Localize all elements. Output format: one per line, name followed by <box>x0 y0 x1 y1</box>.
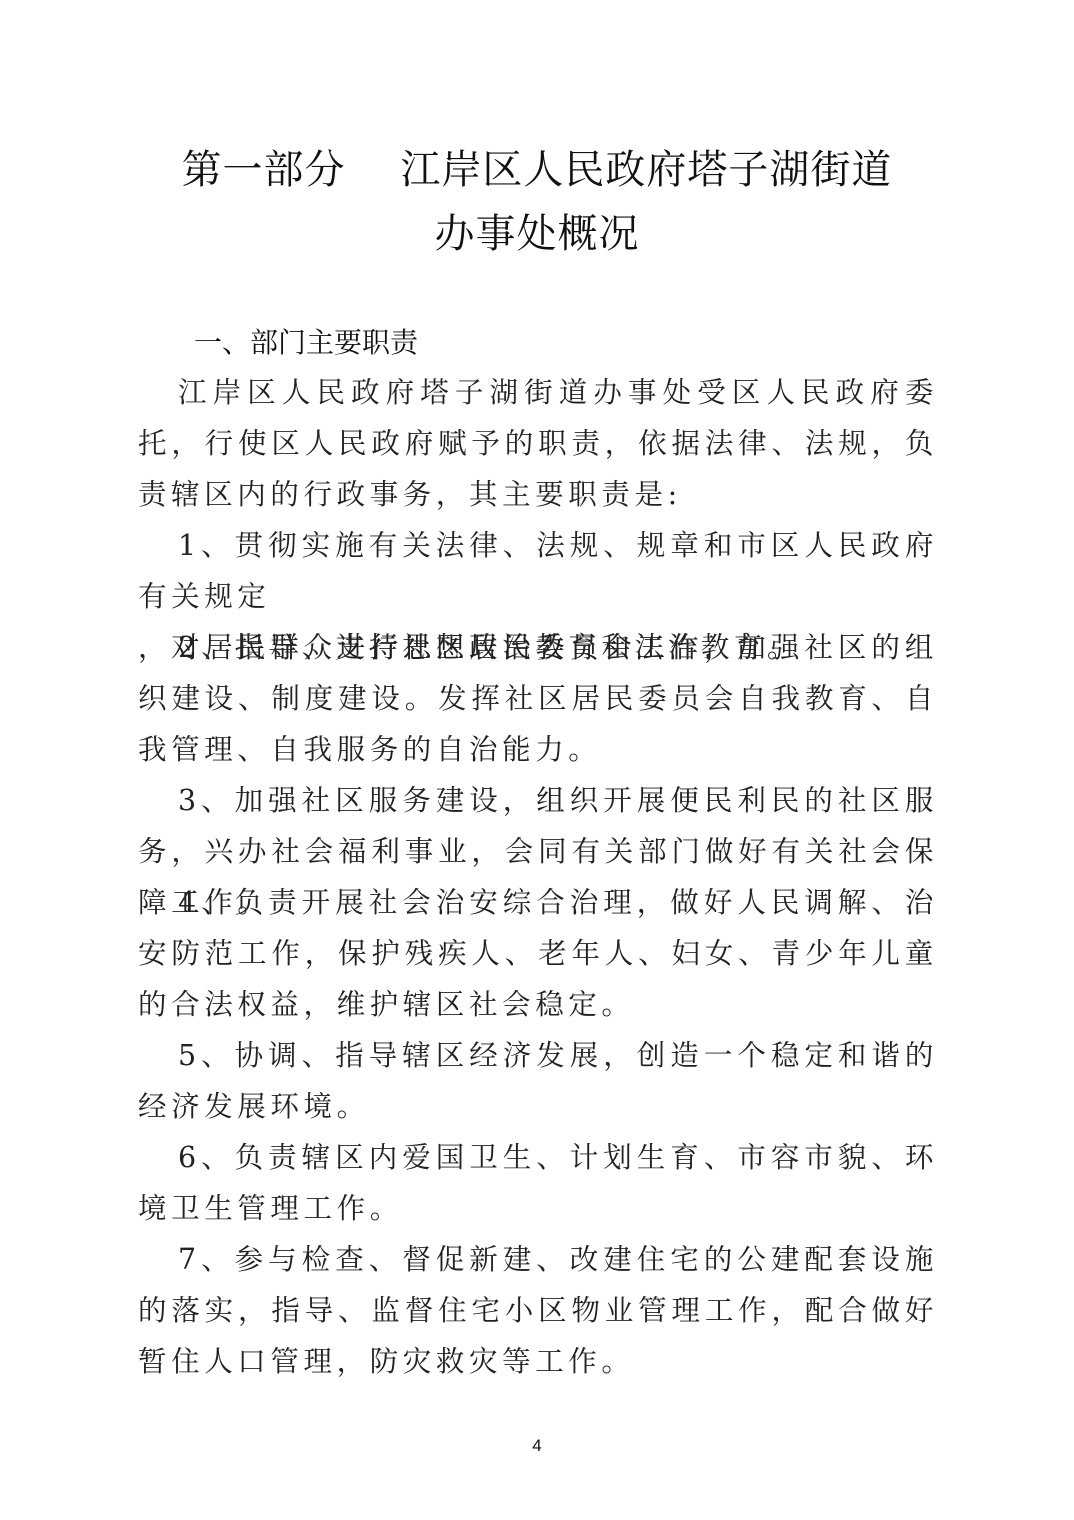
duty-4-paragraph: 4、负责开展社会治安综合治理，做好人民调解、治安防范工作，保护残疾人、老年人、妇… <box>138 877 938 1030</box>
document-title-line-1: 第一部分 江岸区人民政府塔子湖街道 <box>0 146 1074 194</box>
duty-1-line-a: 1、贯彻实施有关法律、法规、规章和市区人民政府有关规定 <box>138 520 938 622</box>
document-title-line-2: 办事处概况 <box>0 210 1074 258</box>
duty-7-block: 7、参与检查、督促新建、改建住宅的公建配套设施的落实，指导、监督住宅小区物业管理… <box>138 1234 938 1387</box>
intro-paragraph-block: 江岸区人民政府塔子湖街道办事处受区人民政府委托，行使区人民政府赋予的职责，依据法… <box>138 367 938 520</box>
intro-paragraph: 江岸区人民政府塔子湖街道办事处受区人民政府委托，行使区人民政府赋予的职责，依据法… <box>138 367 938 520</box>
duty-6-paragraph: 6、负责辖区内爱国卫生、计划生育、市容市貌、环境卫生管理工作。 <box>138 1132 938 1234</box>
duty-6-block: 6、负责辖区内爱国卫生、计划生育、市容市貌、环境卫生管理工作。 <box>138 1132 938 1234</box>
section-heading: 一、部门主要职责 <box>194 323 418 363</box>
duty-2-paragraph: 2、指导、支持社区居民委员会工作，加强社区的组织建设、制度建设。发挥社区居民委员… <box>138 622 938 775</box>
page-number: 4 <box>0 1436 1074 1456</box>
duty-5-paragraph: 5、协调、指导辖区经济发展，创造一个稳定和谐的经济发展环境。 <box>138 1030 938 1132</box>
duty-5-block: 5、协调、指导辖区经济发展，创造一个稳定和谐的经济发展环境。 <box>138 1030 938 1132</box>
duty-2-block: 2、指导、支持社区居民委员会工作，加强社区的组织建设、制度建设。发挥社区居民委员… <box>138 622 938 775</box>
document-page: 第一部分 江岸区人民政府塔子湖街道 办事处概况 一、部门主要职责 江岸区人民政府… <box>0 0 1074 1520</box>
duty-4-block: 4、负责开展社会治安综合治理，做好人民调解、治安防范工作，保护残疾人、老年人、妇… <box>138 877 938 1030</box>
duty-7-paragraph: 7、参与检查、督促新建、改建住宅的公建配套设施的落实，指导、监督住宅小区物业管理… <box>138 1234 938 1387</box>
